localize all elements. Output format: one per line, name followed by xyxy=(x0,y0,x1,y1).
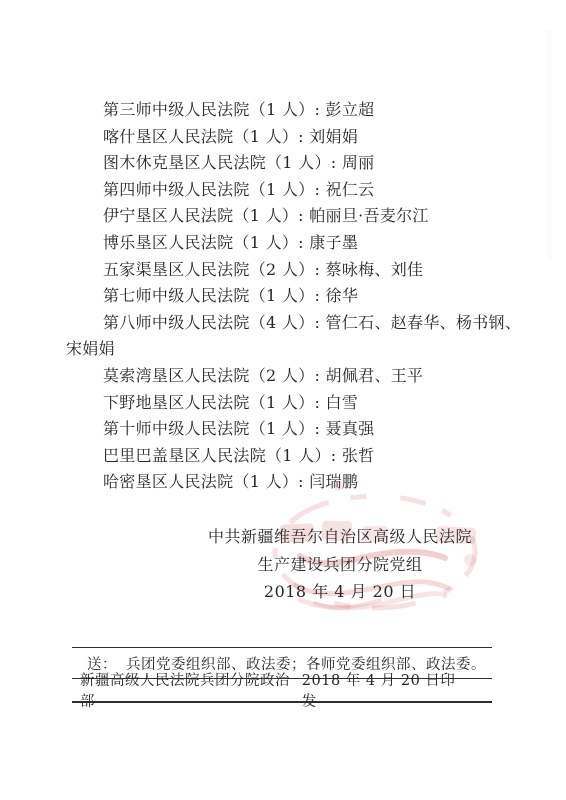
issuer-row: 新疆高级人民法院兵团分院政治部 2018 年 4 月 20 日印发 xyxy=(72,679,492,701)
body-line: 莫索湾垦区人民法院（2 人）: 胡佩君、王平 xyxy=(66,363,526,390)
body-line: 第四师中级人民法院（1 人）: 祝仁云 xyxy=(66,177,526,204)
distribution-footer: 送： 兵团党委组织部、政法委；各师党委组织部、政法委。 新疆高级人民法院兵团分院… xyxy=(72,647,492,703)
body-line: 喀什垦区人民法院（1 人）: 刘娟娟 xyxy=(66,124,526,151)
body-line: 哈密垦区人民法院（1 人）: 闫瑞鹏 xyxy=(66,469,526,496)
scanned-document-page: 第三师中级人民法院（1 人）: 彭立超 喀什垦区人民法院（1 人）: 刘娟娟 图… xyxy=(0,0,566,800)
body-line: 第三师中级人民法院（1 人）: 彭立超 xyxy=(66,97,526,124)
print-date: 2018 年 4 月 20 日印发 xyxy=(302,669,468,711)
body-line: 第八师中级人民法院（4 人）: 管仁石、赵春华、杨书钢、 xyxy=(66,310,526,337)
signature-date: 2018 年 4 月 20 日 xyxy=(150,578,530,606)
body-line: 第七师中级人民法院（1 人）: 徐华 xyxy=(66,283,526,310)
body-line: 下野地垦区人民法院（1 人）: 白雪 xyxy=(66,390,526,417)
appointee-list: 第三师中级人民法院（1 人）: 彭立超 喀什垦区人民法院（1 人）: 刘娟娟 图… xyxy=(66,97,526,496)
body-line: 五家渠垦区人民法院（2 人）: 蔡咏梅、刘佳 xyxy=(66,257,526,284)
issuing-office: 新疆高级人民法院兵团分院政治部 xyxy=(80,669,302,711)
signature-org-line2: 生产建设兵团分院党组 xyxy=(150,551,530,579)
body-line: 博乐垦区人民法院（1 人）: 康子墨 xyxy=(66,230,526,257)
body-line-continuation: 宋娟娟 xyxy=(66,336,526,363)
signature-org-line1: 中共新疆维吾尔自治区高级人民法院 xyxy=(150,523,530,551)
signature-block: 中共新疆维吾尔自治区高级人民法院 生产建设兵团分院党组 2018 年 4 月 2… xyxy=(150,523,530,606)
body-line: 图木休克垦区人民法院（1 人）: 周丽 xyxy=(66,150,526,177)
scan-artifact xyxy=(546,30,552,260)
body-line: 伊宁垦区人民法院（1 人）: 帕丽旦·吾麦尔江 xyxy=(66,203,526,230)
body-line: 巴里巴盖垦区人民法院（1 人）: 张哲 xyxy=(66,443,526,470)
body-line: 第十师中级人民法院（1 人）: 聂真强 xyxy=(66,416,526,443)
